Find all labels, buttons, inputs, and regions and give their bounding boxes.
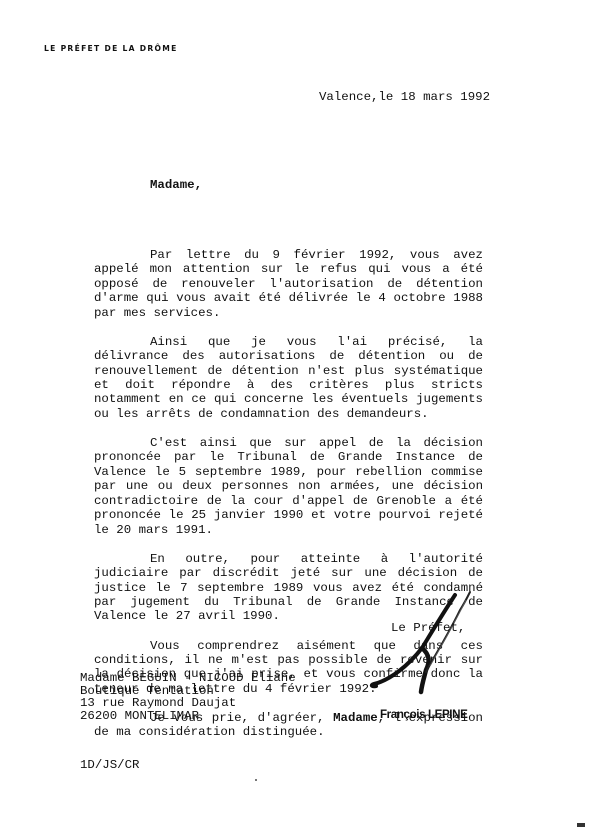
signature-title: Le Préfet, <box>391 621 465 635</box>
address-line: Madame BEGUIN - NICOUD Eliane <box>80 672 296 685</box>
recipient-address: Madame BEGUIN - NICOUD Eliane Boutique T… <box>80 672 296 723</box>
reference-code: 1D/JS/CR <box>80 758 140 772</box>
scan-speck <box>255 779 257 781</box>
paragraph: Ainsi que je vous l'ai précisé, la déliv… <box>94 335 483 421</box>
signatory-name: François LEPINE <box>380 708 467 721</box>
address-line: 26200 MONTELIMAR <box>80 710 296 723</box>
handwritten-signature-icon <box>360 580 490 700</box>
scan-mark <box>577 823 585 827</box>
place-date: Valence,le 18 mars 1992 <box>319 90 490 104</box>
paragraph: Par lettre du 9 février 1992, vous avez … <box>94 248 483 320</box>
closing-madame: Madame <box>333 711 378 725</box>
letterhead-organization: LE PRÉFET DE LA DRÔME <box>44 44 178 53</box>
salutation: Madame, <box>150 178 202 192</box>
paragraph: C'est ainsi que sur appel de la décision… <box>94 436 483 537</box>
